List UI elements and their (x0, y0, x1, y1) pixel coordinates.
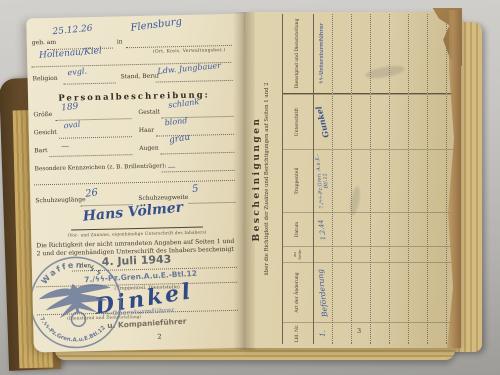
dotted-line (188, 202, 235, 204)
empty-cell (409, 14, 427, 94)
p3-empty-row-template (409, 14, 428, 344)
photo-of-soldbuch: geb. am 25.12.26 in Flensburg (Ort, Krei… (0, 0, 500, 375)
empty-cell (428, 262, 446, 322)
personalbeschreibung-heading: Personalbeschreibung: (28, 90, 240, 105)
kennzeichen-label: Besondere Kennzeichen (z. B. Brillenträg… (35, 163, 167, 172)
haar-label: Haar (139, 128, 154, 135)
bart-label: Bart (34, 148, 47, 155)
empty-cell (333, 246, 351, 262)
stamp-bottom-text: 7.ϟϟ-Pz.Gren.A.u.E.Btl.12 (38, 307, 109, 350)
col-truppenteil: Truppenteil (283, 149, 313, 212)
right-page-number: 3 (357, 328, 361, 335)
p3-empty-row-template (371, 14, 390, 344)
col-unterschrift: Unterschrift (283, 94, 313, 149)
groesse-handwriting: 189 (61, 102, 79, 114)
p3-empty-row-template (390, 14, 409, 344)
schuhzeugweite-handwriting: 5 (191, 183, 199, 195)
empty-cell (333, 262, 351, 322)
row1-art-handwriting: Beförderung (316, 268, 330, 317)
empty-cell (352, 94, 370, 149)
col-datum: Datum (283, 212, 313, 246)
empty-cell (371, 262, 389, 322)
row1-datum-handwriting: 1.2.44 (318, 219, 328, 241)
ort-kreis-caption: (Ort, Kreis, Verwaltungsbez.) (153, 48, 225, 55)
kennzeichen-handwriting: — (168, 162, 176, 171)
p3-empty-row-template (428, 14, 447, 344)
page-3-rotated-content: Bescheinigungen über die Richtigkeit der… (250, 14, 457, 344)
p3-empty-row-template (352, 14, 371, 344)
page-3-subtitle: über die Richtigkeit der Zusätze und Ber… (264, 14, 270, 344)
empty-cell (352, 14, 370, 94)
gestalt-label: Gestalt (138, 110, 160, 117)
empty-cell (352, 262, 370, 322)
bart-handwriting: — (61, 142, 69, 151)
col-art-der-aenderung: Art der Änderung (283, 262, 313, 322)
empty-cell (371, 149, 389, 212)
empty-cell (428, 212, 446, 246)
dotted-line (34, 180, 235, 186)
row1-truppenteil-handwriting: 7./ϟϟ-Pz.Gren. A.u.E.-Btl.12 (314, 150, 331, 213)
row1-nr-handwriting: 1. (319, 330, 327, 337)
dotted-line (59, 136, 132, 139)
empty-cell (390, 246, 408, 262)
empty-cell (333, 14, 351, 94)
table-row-1: 1. Beförderung 1.2.44 7./ϟϟ-Pz.Gren. A.u… (314, 14, 333, 344)
round-eagle-stamp: Waffen-ϟϟ 7.ϟϟ-Pz.Gren.A.u.E.Btl.12 (26, 246, 132, 352)
empty-cell (333, 149, 351, 212)
col-zu-seite: zu Seite (283, 246, 313, 262)
table-header-row: Lfd. Nr. Art der Änderung zu Seite Datum… (282, 14, 314, 344)
groesse-label: Größe (33, 112, 52, 119)
empty-cell (333, 94, 351, 149)
empty-cell (390, 212, 408, 246)
empty-cell (428, 94, 446, 149)
empty-cell (409, 212, 427, 246)
col-lfd-nr: Lfd. Nr. (283, 322, 313, 344)
owner-signature-handwriting: Hans Völmer (82, 200, 184, 225)
left-page-number: 2 (157, 334, 161, 341)
birth-date-handwriting: 25.12.26 (52, 24, 93, 38)
dotted-line (160, 152, 234, 155)
empty-cell (409, 149, 427, 212)
soldbuch-page-3: Bescheinigungen über die Richtigkeit der… (245, 12, 459, 348)
augen-handwriting: grau (168, 132, 191, 145)
stand-beruf-label: Stand, Beruf (121, 74, 160, 81)
stamp-top-text: Waffen-ϟϟ (37, 255, 106, 288)
svg-text:7.ϟϟ-Pz.Gren.A.u.E.Btl.12: 7.ϟϟ-Pz.Gren.A.u.E.Btl.12 (38, 307, 109, 350)
book-gutter-shadow (233, 12, 255, 350)
soldbuch-page-2: geb. am 25.12.26 in Flensburg (Ort, Krei… (26, 14, 252, 353)
empty-cell (428, 246, 446, 262)
in-label: in (117, 39, 123, 46)
eagle-stamp-svg: Waffen-ϟϟ 7.ϟϟ-Pz.Gren.A.u.E.Btl.12 (26, 246, 132, 352)
empty-cell (390, 94, 408, 149)
dotted-line (64, 83, 116, 85)
empty-cell (333, 212, 351, 246)
empty-cell (390, 149, 408, 212)
empty-cell (409, 94, 427, 149)
empty-cell (409, 262, 427, 322)
empty-cell (333, 322, 351, 344)
religion-label: Religion (33, 76, 58, 83)
religion-handwriting: evgl. (67, 66, 87, 77)
col-dienstgrad: Dienstgrad und Dienststellung (283, 14, 313, 94)
p3-empty-row-template (333, 14, 352, 344)
row1-unterschrift-handwriting: Gunkel (315, 105, 332, 138)
empty-cell (371, 14, 389, 94)
geb-am-label: geb. am (32, 40, 56, 47)
empty-cell (371, 212, 389, 246)
empty-cell (390, 262, 408, 322)
empty-cell (428, 322, 446, 344)
schuhzeuglaenge-label: Schuhzeuglänge (35, 197, 85, 205)
dotted-line (49, 154, 132, 157)
empty-cell (409, 322, 427, 344)
page-3-table: Lfd. Nr. Art der Änderung zu Seite Datum… (282, 14, 459, 344)
empty-cell (390, 322, 408, 344)
empty-cell (428, 14, 446, 94)
empty-cell (371, 94, 389, 149)
svg-text:Waffen-ϟϟ: Waffen-ϟϟ (37, 255, 106, 288)
augen-label: Augen (139, 146, 159, 153)
schuhzeuglaenge-handwriting: 26 (85, 187, 99, 200)
birth-place-handwriting: Flensburg (130, 16, 183, 33)
p3-empty-rows (333, 14, 459, 344)
gesicht-handwriting: oval (63, 120, 81, 131)
empty-cell (371, 246, 389, 262)
owner-signature-caption: (Vor- und Zuname, eigenhändige Unterschr… (51, 229, 223, 238)
empty-cell (352, 212, 370, 246)
row1-dienstgrad-stamp: ϟϟ-Untersturmführer (320, 23, 326, 84)
gesicht-label: Gesicht (34, 130, 57, 137)
empty-cell (409, 246, 427, 262)
empty-cell (428, 149, 446, 212)
empty-cell (371, 322, 389, 344)
empty-cell (390, 14, 408, 94)
haar-handwriting: blond (164, 116, 188, 127)
eagle-icon (37, 278, 116, 332)
dotted-line (156, 80, 233, 83)
empty-cell (352, 246, 370, 262)
